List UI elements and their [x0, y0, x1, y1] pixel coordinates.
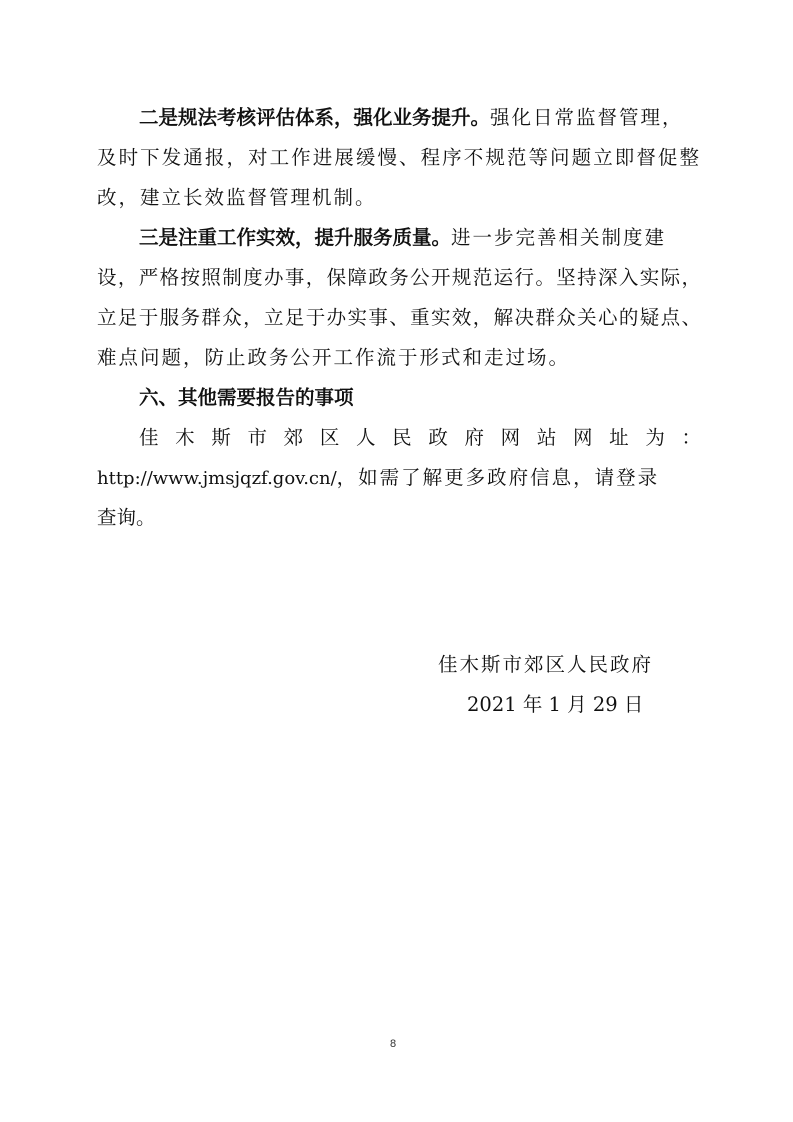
signature-organization: 佳木斯市郊区人民政府	[438, 645, 653, 685]
paragraph-2-line-1: 二是规法考核评估体系，强化业务提升。强化日常监督管理，	[139, 98, 701, 138]
website-url[interactable]: http://www.jmsjqzf.gov.cn/	[97, 468, 337, 489]
paragraph-3-line-3: 立足于服务群众，立足于办实事、重实效，解决群众关心的疑点、	[97, 298, 701, 338]
paragraph-3-line-4: 难点问题，防止政务公开工作流于形式和走过场。	[97, 338, 701, 378]
paragraph-4-line-2: http://www.jmsjqzf.gov.cn/，如需了解更多政府信息，请登…	[97, 458, 701, 498]
paragraph-4-text: ，如需了解更多政府信息，请登录	[337, 466, 660, 489]
paragraph-2-line-3: 改，建立长效监督管理机制。	[97, 178, 701, 218]
paragraph-3-lead: 三是注重工作实效，提升服务质量。	[139, 226, 451, 249]
paragraph-2-lead: 二是规法考核评估体系，强化业务提升。	[139, 106, 490, 129]
paragraph-4-line-3: 查询。	[97, 498, 701, 538]
paragraph-2-text: 强化日常监督管理，	[490, 106, 684, 129]
signature-date: 2021 年 1 月 29 日	[467, 685, 643, 725]
paragraph-3-line-2: 设，严格按照制度办事，保障政务公开规范运行。坚持深入实际，	[97, 258, 701, 298]
paragraph-3-text: 进一步完善相关制度建	[451, 226, 666, 249]
section-heading: 六、其他需要报告的事项	[139, 378, 701, 418]
paragraph-4-line-1: 佳木斯市郊区人民政府网站网址为：	[139, 418, 701, 458]
document-page: 二是规法考核评估体系，强化业务提升。强化日常监督管理， 及时下发通报，对工作进展…	[0, 0, 793, 1122]
page-number: 8	[390, 1038, 396, 1050]
paragraph-3-line-1: 三是注重工作实效，提升服务质量。进一步完善相关制度建	[139, 218, 701, 258]
paragraph-2-line-2: 及时下发通报，对工作进展缓慢、程序不规范等问题立即督促整	[97, 138, 701, 178]
